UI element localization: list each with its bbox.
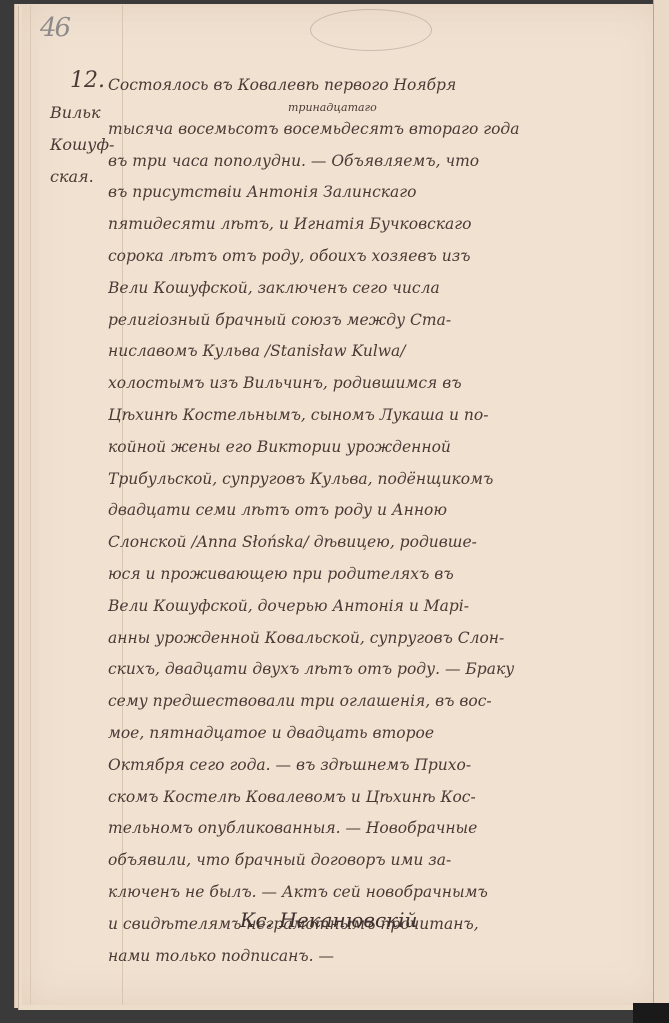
text-line: нами только подписанъ. — <box>108 941 638 973</box>
text-line: анны урожденной Ковальской, супруговъ Сл… <box>108 623 638 655</box>
text-line: тысяча восемьсотъ восемьдесятъ втораго г… <box>108 114 638 146</box>
text-line: тельномъ опубликованныя. — Новобрачные <box>108 813 638 845</box>
text-line: Вели Кошуфской, заключенъ сего числа <box>108 273 638 305</box>
text-line: юся и проживающею при родителяхъ въ <box>108 559 638 591</box>
text-line: Октября сего года. — въ здѣшнемъ Прихо- <box>108 750 638 782</box>
text-line: Трибульской, супруговъ Кульвa, подёнщико… <box>108 464 638 496</box>
text-line: пятидесяти лѣтъ, и Игнатія Бучковскаго <box>108 209 638 241</box>
folio-number: 46 <box>40 13 69 43</box>
facing-page-edge <box>653 0 669 1012</box>
text-line: сорока лѣтъ отъ роду, обоихъ хозяевъ изъ <box>108 241 638 273</box>
text-line: Цѣхинѣ Костельнымъ, сыномъ Лукаша и по- <box>108 400 638 432</box>
text-line: скихъ, двадцати двухъ лѣтъ отъ роду. — Б… <box>108 654 638 686</box>
text-line: койной жены его Виктории урожденной <box>108 432 638 464</box>
text-line: въ три часа пополудни. — Объявляемъ, что <box>108 146 638 178</box>
text-line: въ присутствіи Антонія Залинскаго <box>108 177 638 209</box>
text-line: объявили, что брачный договоръ ими за- <box>108 845 638 877</box>
priest-signature: Кс. Неканювскій <box>240 908 417 932</box>
text-line-interlinear: тринадцатаго <box>108 102 638 114</box>
faint-oval-stamp <box>310 9 432 51</box>
left-rule-line <box>30 5 31 1005</box>
text-line: ключенъ не былъ. — Актъ сей новобрачнымъ <box>108 877 638 909</box>
binding-shadow <box>633 1003 669 1023</box>
text-line: холостымъ изъ Вильчинъ, родившимся въ <box>108 368 638 400</box>
text-line: Вели Кошуфской, дочерью Антонія и Марі- <box>108 591 638 623</box>
text-line: скомъ Костелѣ Ковалевомъ и Цѣхинѣ Кос- <box>108 782 638 814</box>
text-line: ниславомъ Кульвa /Stanisław Kulwa/ <box>108 336 638 368</box>
text-line: двадцати семи лѣтъ отъ роду и Анною <box>108 495 638 527</box>
text-line: Слонской /Anna Słońska/ дѣвицею, родивше… <box>108 527 638 559</box>
text-line: сему предшествовали три оглашенія, въ во… <box>108 686 638 718</box>
text-line: религіозный брачный союзъ между Ста- <box>108 305 638 337</box>
record-body: Состоялось въ Ковалевѣ первого Ноября тр… <box>108 70 638 972</box>
text-line: мое, пятнадцатое и двадцать второе <box>108 718 638 750</box>
text-line: Состоялось въ Ковалевѣ первого Ноября <box>108 70 638 102</box>
